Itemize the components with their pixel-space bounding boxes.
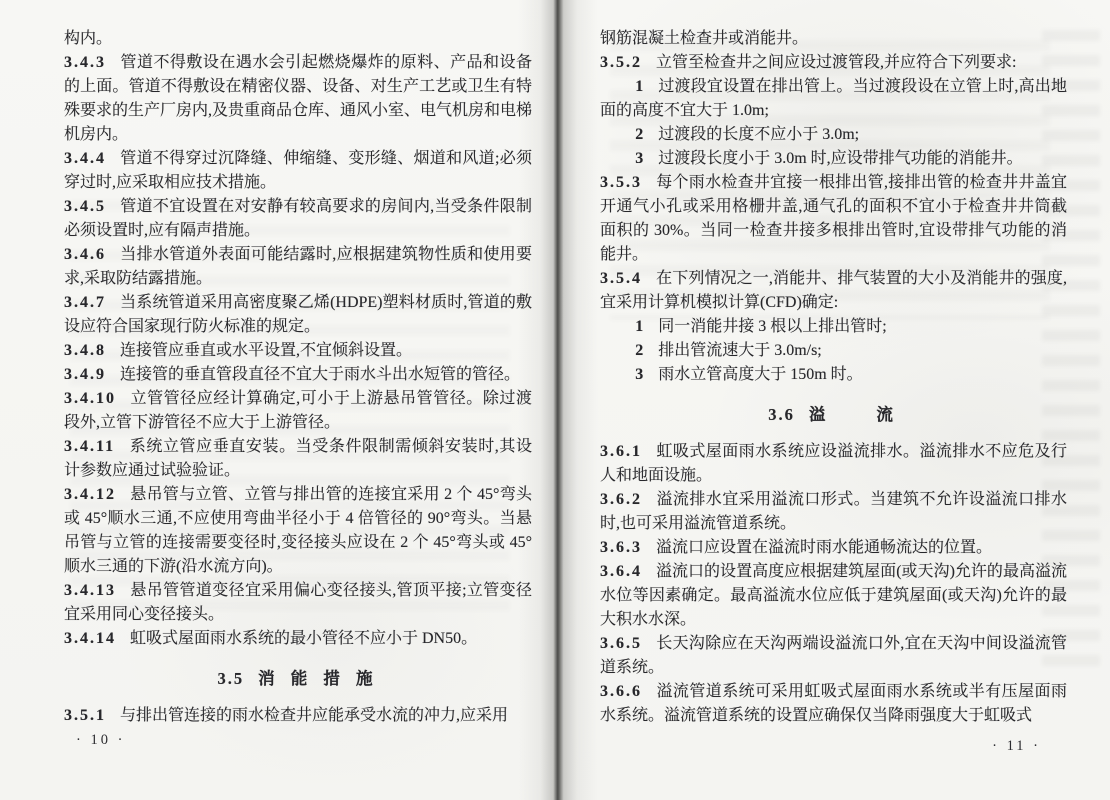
clause-paragraph: 3.5.2立管至检查井之间应设过渡管段,并应符合下列要求: [600, 51, 1067, 75]
clause-number: 3.6.2 [600, 491, 642, 508]
page-left: 构内。3.4.3管道不得敷设在遇水会引起燃烧爆炸的原料、产品和设备的上面。管道不… [64, 0, 532, 800]
item-number: 2 [635, 126, 643, 143]
clause-number: 3.6.5 [600, 635, 642, 652]
book-scan: 构内。3.4.3管道不得敷设在遇水会引起燃烧爆炸的原料、产品和设备的上面。管道不… [0, 0, 1110, 800]
paragraph-text: 虹吸式屋面雨水系统的最小管径不应小于 DN50。 [130, 630, 477, 647]
paragraph-text: 悬吊管与立管、立管与排出管的连接宜采用 2 个 45°弯头或 45°顺水三通,不… [64, 486, 532, 575]
clause-number: 3.6.3 [600, 539, 642, 556]
clause-number: 3.5.2 [600, 54, 642, 71]
section-title: 消 能 措 施 [258, 669, 378, 688]
paragraph-text: 与排出管连接的雨水检查井应能承受水流的冲力,应采用 [120, 707, 508, 724]
paragraph-text: 过渡段的长度不应小于 3.0m; [658, 126, 859, 143]
section-number: 3.6 [768, 405, 795, 424]
list-item: 3雨水立管高度大于 150m 时。 [600, 363, 1067, 387]
continuation-paragraph: 构内。 [64, 27, 532, 51]
clause-number: 3.4.3 [64, 54, 106, 71]
clause-number: 3.4.5 [64, 198, 106, 215]
paragraph-text: 在下列情况之一,消能井、排气装置的大小及消能井的强度,宜采用计算机模拟计算(CF… [600, 270, 1067, 311]
clause-number: 3.4.12 [64, 486, 116, 503]
paragraph-text: 虹吸式屋面雨水系统应设溢流排水。溢流排水不应危及行人和地面设施。 [600, 443, 1067, 484]
paragraph-text: 溢流管道系统可采用虹吸式屋面雨水系统或半有压屋面雨水系统。溢流管道系统的设置应确… [600, 683, 1067, 724]
paragraph-text: 过渡段长度小于 3.0m 时,应设带排气功能的消能井。 [658, 150, 1022, 167]
list-item: 2排出管流速大于 3.0m/s; [600, 339, 1067, 363]
clause-paragraph: 3.4.12悬吊管与立管、立管与排出管的连接宜采用 2 个 45°弯头或 45°… [64, 483, 532, 579]
item-number: 3 [635, 366, 643, 383]
item-number: 1 [635, 78, 643, 95]
section-number: 3.5 [218, 669, 245, 688]
paragraph-text: 悬吊管管道变径宜采用偏心变径接头,管顶平接;立管变径宜采用同心变径接头。 [64, 582, 532, 623]
paragraph-text: 管道不得穿过沉降缝、伸缩缝、变形缝、烟道和风道;必须穿过时,应采取相应技术措施。 [64, 150, 532, 191]
clause-paragraph: 3.4.7当系统管道采用高密度聚乙烯(HDPE)塑料材质时,管道的敷设应符合国家… [64, 291, 532, 339]
section-heading: 3.6溢 流 [600, 403, 1067, 427]
clause-number: 3.5.4 [600, 270, 642, 287]
clause-number: 3.4.11 [64, 438, 115, 455]
paragraph-text: 每个雨水检查井宜接一根排出管,接排出管的检查井井盖宜开通气小孔或采用格栅井盖,通… [600, 174, 1067, 263]
paragraph-text: 长天沟除应在天沟两端设溢流口外,宜在天沟中间设溢流管道系统。 [600, 635, 1067, 676]
clause-number: 3.4.13 [64, 582, 116, 599]
paragraph-text: 管道不得敷设在遇水会引起燃烧爆炸的原料、产品和设备的上面。管道不得敷设在精密仪器… [64, 54, 532, 143]
paragraph-text: 连接管的垂直管段直径不宜大于雨水斗出水短管的管径。 [120, 366, 520, 383]
paragraph-text: 过渡段宜设置在排出管上。当过渡段设在立管上时,高出地面的高度不宜大于 1.0m; [600, 78, 1067, 119]
clause-paragraph: 3.4.14虹吸式屋面雨水系统的最小管径不应小于 DN50。 [64, 627, 532, 651]
clause-paragraph: 3.5.3每个雨水检查井宜接一根排出管,接排出管的检查井井盖宜开通气小孔或采用格… [600, 171, 1067, 267]
list-item: 1过渡段宜设置在排出管上。当过渡段设在立管上时,高出地面的高度不宜大于 1.0m… [600, 75, 1067, 123]
continuation-paragraph: 钢筋混凝土检查井或消能井。 [600, 27, 1067, 51]
clause-number: 3.5.3 [600, 174, 642, 191]
item-number: 2 [635, 342, 643, 359]
page-content: 构内。3.4.3管道不得敷设在遇水会引起燃烧爆炸的原料、产品和设备的上面。管道不… [64, 0, 532, 728]
item-number: 3 [635, 150, 643, 167]
clause-number: 3.6.6 [600, 683, 642, 700]
clause-paragraph: 3.4.6当排水管道外表面可能结露时,应根据建筑物性质和使用要求,采取防结露措施… [64, 243, 532, 291]
paragraph-text: 排出管流速大于 3.0m/s; [658, 342, 822, 359]
paragraph-text: 溢流口的设置高度应根据建筑屋面(或天沟)允许的最高溢流水位等因素确定。最高溢流水… [600, 563, 1067, 628]
paragraph-text: 同一消能井接 3 根以上排出管时; [658, 318, 886, 335]
clause-number: 3.6.4 [600, 563, 642, 580]
clause-paragraph: 3.6.6溢流管道系统可采用虹吸式屋面雨水系统或半有压屋面雨水系统。溢流管道系统… [600, 680, 1067, 728]
clause-paragraph: 3.4.4管道不得穿过沉降缝、伸缩缝、变形缝、烟道和风道;必须穿过时,应采取相应… [64, 147, 532, 195]
paragraph-text: 钢筋混凝土检查井或消能井。 [600, 30, 808, 47]
clause-paragraph: 3.5.1与排出管连接的雨水检查井应能承受水流的冲力,应采用 [64, 704, 532, 728]
clause-paragraph: 3.5.4在下列情况之一,消能井、排气装置的大小及消能井的强度,宜采用计算机模拟… [600, 267, 1067, 315]
page-content: 钢筋混凝土检查井或消能井。3.5.2立管至检查井之间应设过渡管段,并应符合下列要… [600, 0, 1067, 728]
paragraph-text: 系统立管应垂直安装。当受条件限制需倾斜安装时,其设计参数应通过试验验证。 [64, 438, 532, 479]
clause-paragraph: 3.4.8连接管应垂直或水平设置,不宜倾斜设置。 [64, 339, 532, 363]
clause-number: 3.6.1 [600, 443, 642, 460]
clause-number: 3.4.9 [64, 366, 106, 383]
paragraph-text: 溢流排水宜采用溢流口形式。当建筑不允许设溢流口排水时,也可采用溢流管道系统。 [600, 491, 1067, 532]
clause-number: 3.4.7 [64, 294, 106, 311]
clause-paragraph: 3.6.3溢流口应设置在溢流时雨水能通畅流达的位置。 [600, 536, 1067, 560]
list-item: 3过渡段长度小于 3.0m 时,应设带排气功能的消能井。 [600, 147, 1067, 171]
paragraph-text: 溢流口应设置在溢流时雨水能通畅流达的位置。 [656, 539, 992, 556]
clause-number: 3.4.6 [64, 246, 106, 263]
list-item: 2过渡段的长度不应小于 3.0m; [600, 123, 1067, 147]
item-number: 1 [635, 318, 643, 335]
paragraph-text: 管道不宜设置在对安静有较高要求的房间内,当受条件限制必须设置时,应有隔声措施。 [64, 198, 532, 239]
clause-paragraph: 3.4.3管道不得敷设在遇水会引起燃烧爆炸的原料、产品和设备的上面。管道不得敷设… [64, 51, 532, 147]
clause-number: 3.4.8 [64, 342, 106, 359]
clause-number: 3.5.1 [64, 707, 106, 724]
paragraph-text: 连接管应垂直或水平设置,不宜倾斜设置。 [120, 342, 412, 359]
paragraph-text: 立管至检查井之间应设过渡管段,并应符合下列要求: [656, 54, 1016, 71]
list-item: 1同一消能井接 3 根以上排出管时; [600, 315, 1067, 339]
section-heading: 3.5消 能 措 施 [64, 667, 532, 691]
clause-paragraph: 3.4.5管道不宜设置在对安静有较高要求的房间内,当受条件限制必须设置时,应有隔… [64, 195, 532, 243]
paragraph-text: 构内。 [64, 30, 112, 47]
clause-number: 3.4.10 [64, 390, 116, 407]
paragraph-text: 当系统管道采用高密度聚乙烯(HDPE)塑料材质时,管道的敷设应符合国家现行防火标… [64, 294, 532, 335]
clause-paragraph: 3.4.9连接管的垂直管段直径不宜大于雨水斗出水短管的管径。 [64, 363, 532, 387]
clause-paragraph: 3.4.13悬吊管管道变径宜采用偏心变径接头,管顶平接;立管变径宜采用同心变径接… [64, 579, 532, 627]
clause-paragraph: 3.6.2溢流排水宜采用溢流口形式。当建筑不允许设溢流口排水时,也可采用溢流管道… [600, 488, 1067, 536]
clause-paragraph: 3.6.4溢流口的设置高度应根据建筑屋面(或天沟)允许的最高溢流水位等因素确定。… [600, 560, 1067, 632]
page-right: 钢筋混凝土检查井或消能井。3.5.2立管至检查井之间应设过渡管段,并应符合下列要… [600, 0, 1067, 800]
paragraph-text: 雨水立管高度大于 150m 时。 [658, 366, 862, 383]
paragraph-text: 当排水管道外表面可能结露时,应根据建筑物性质和使用要求,采取防结露措施。 [64, 246, 532, 287]
paragraph-text: 立管管径应经计算确定,可小于上游悬吊管管径。除过渡段外,立管下游管径不应大于上游… [64, 390, 532, 431]
page-number: · 10 · [76, 732, 125, 749]
section-title: 溢 流 [809, 405, 899, 424]
clause-paragraph: 3.6.1虹吸式屋面雨水系统应设溢流排水。溢流排水不应危及行人和地面设施。 [600, 440, 1067, 488]
clause-number: 3.4.4 [64, 150, 106, 167]
clause-number: 3.4.14 [64, 630, 116, 647]
clause-paragraph: 3.4.11系统立管应垂直安装。当受条件限制需倾斜安装时,其设计参数应通过试验验… [64, 435, 532, 483]
clause-paragraph: 3.6.5长天沟除应在天沟两端设溢流口外,宜在天沟中间设溢流管道系统。 [600, 632, 1067, 680]
clause-paragraph: 3.4.10立管管径应经计算确定,可小于上游悬吊管管径。除过渡段外,立管下游管径… [64, 387, 532, 435]
page-number: · 11 · [992, 738, 1041, 755]
